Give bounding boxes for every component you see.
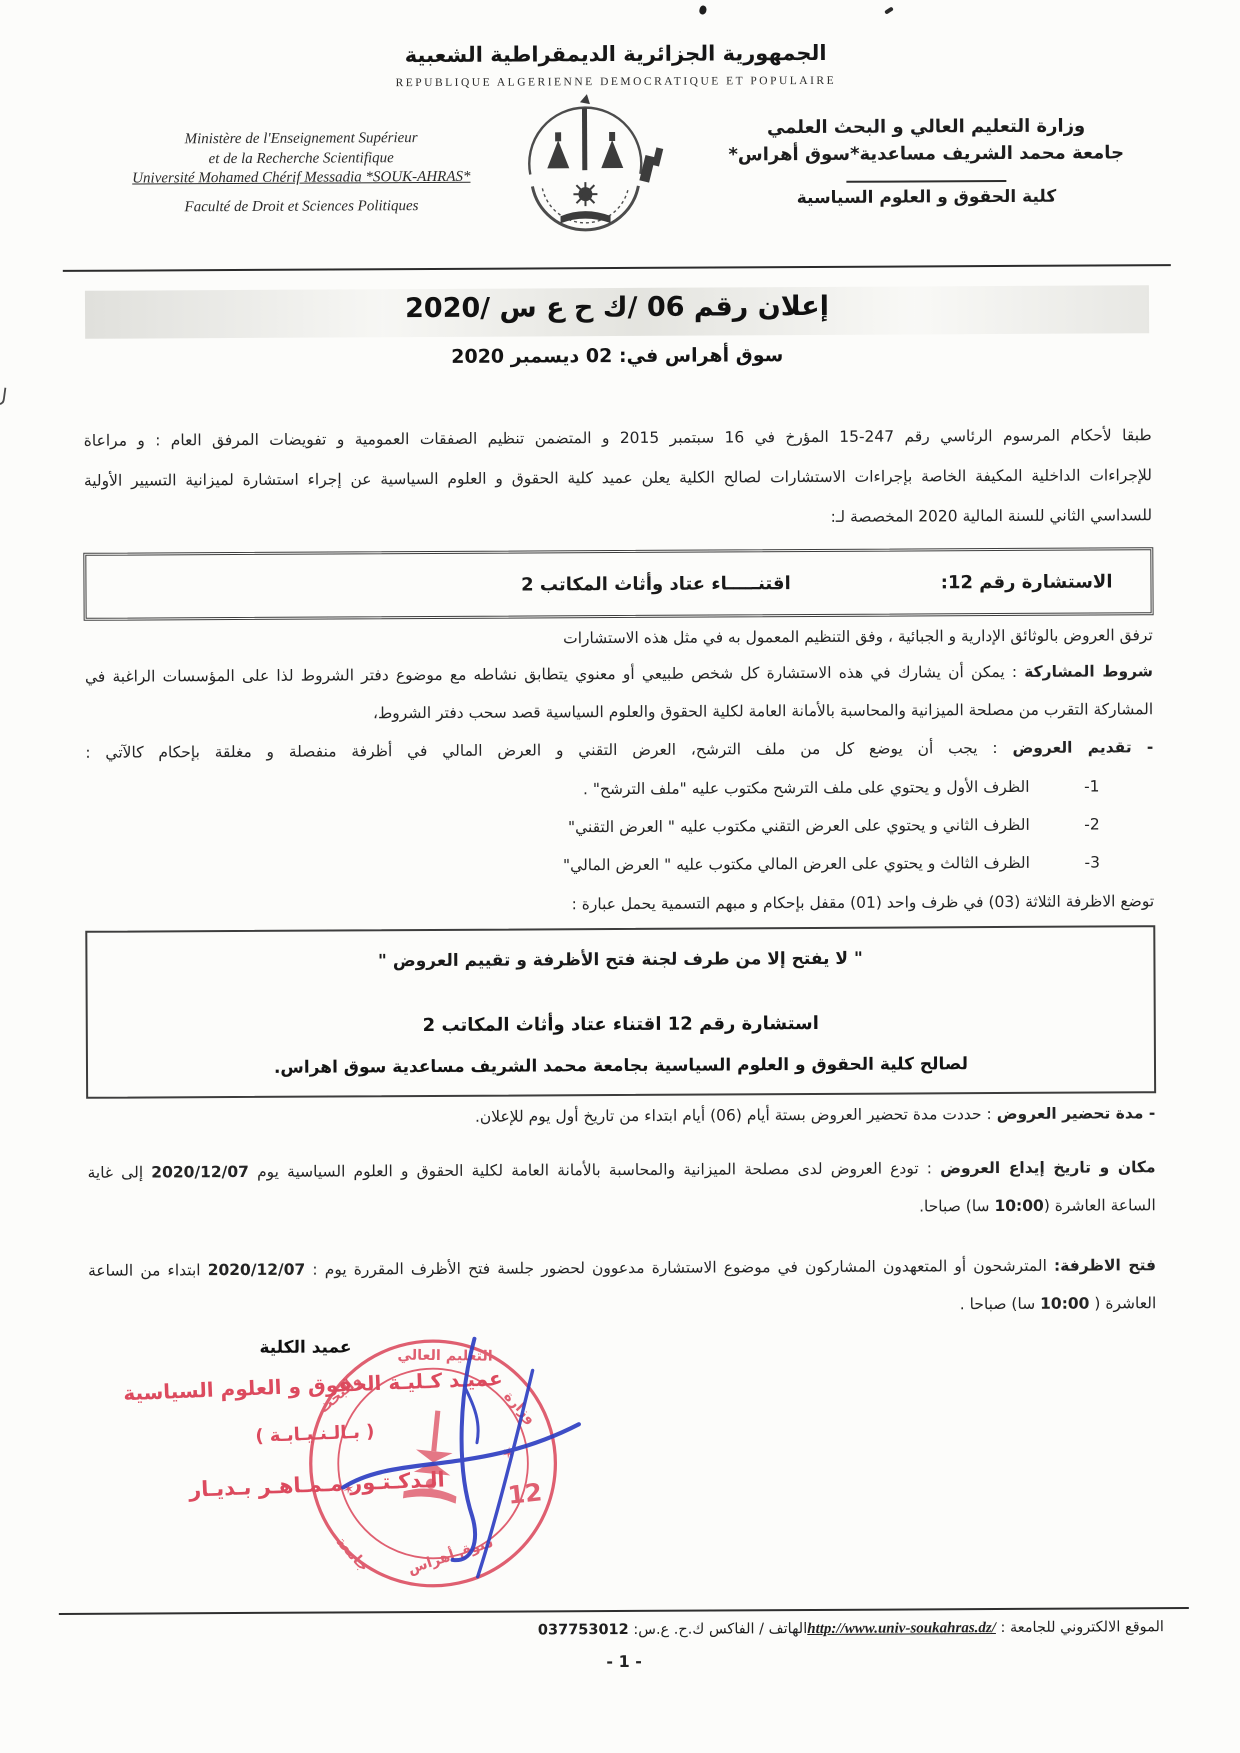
intro-line-3: للسداسي الثاني للسنة المالية 2020 المخصص… [84,505,1152,532]
ministry-block-arabic: وزارة التعليم العالي و البحث العلمي جامع… [686,115,1166,209]
warning-consultation-line: استشارة رقم 12 اقتناء عتاد وأثاث المكاتب… [88,1011,1154,1038]
republic-title-arabic: الجمهورية الجزائرية الديمقراطية الشعبية [0,39,1236,69]
warning-beneficiary-line: لصالح كلية الحقوق و العلوم السياسية بجام… [88,1053,1154,1079]
scan-edge-mark: ل [0,382,9,408]
ministry-line: et de la Recherche Scientifique [91,148,511,170]
consultation-number: الاستشارة رقم 12: [941,571,1113,593]
warning-line: " لا يفتح إلا من طرف لجنة فتح الأظرفة و … [87,947,1153,973]
footer-rule [59,1607,1189,1615]
scan-speck [698,5,707,16]
list-item-number: 3- [1076,853,1100,871]
deposit-time-post: سا) صباحا. [919,1197,994,1215]
list-item: 3- الظرف الثالث و يحتوي على العرض المالي… [86,853,1100,876]
participation-conditions-line-1: شروط المشاركة : يمكن أن يشارك في هذه الا… [85,661,1153,688]
opening-line-1: فتح الاظرفة: المترشحون أو المتعهدون المش… [88,1255,1156,1282]
participation-conditions-line-2: المشاركة التقرب من مصلحة الميزانية والمح… [85,699,1153,726]
deposit-mid: : تودع العروض لدى مصلحة الميزانية والمحا… [249,1159,940,1181]
preparation-period-line: - مدة تحضير العروض : حددت مدة تحضير العر… [87,1103,1155,1130]
ministry-block-french: Ministère de l'Enseignement Supérieur et… [91,129,511,218]
offer-submission-line: - تقديم العروض : يجب أن يوضع كل من ملف ا… [85,737,1153,764]
list-item-number: 2- [1076,815,1100,833]
preparation-period-rest: : حددت مدة تحضير العروض بستة أيام (06) أ… [475,1105,997,1126]
university-line: Université Mohamed Chérif Messadia *SOUK… [91,168,511,190]
announcement-title: إعلان رقم 06 /ك ح ع س /2020 [0,289,1237,326]
footer-contact-line: الموقع الالكتروني للجامعة : http://www.u… [184,1619,1164,1641]
deposit-date: 2020/12/07 [151,1163,249,1182]
ministry-line: Ministère de l'Enseignement Supérieur [91,129,511,151]
website-label: الموقع الالكتروني للجامعة : [996,1619,1164,1636]
opening-tail: ابتداء من الساعة [88,1261,208,1280]
consultation-object: اقتنـــــاء عتاد وأثاث المكاتب 2 [521,573,791,595]
offer-submission-lead: - تقديم العروض [1012,738,1153,757]
opening-time: 10:00 [1040,1295,1089,1313]
announcement-date: سوق أهراس في: 02 ديسمبر 2020 [0,342,1237,370]
deposit-time-pre: الساعة العاشرة ( [1044,1196,1156,1215]
deposit-time: 10:00 [994,1197,1043,1215]
intro-line-2: للإجراءات الداخلية المكيفة الخاصة بإجراء… [84,465,1152,492]
opening-time-post: سا) صباحا . [960,1295,1040,1313]
republic-title-french: REPUBLIQUE ALGERIENNE DEMOCRATIQUE ET PO… [0,73,1236,91]
divider [846,180,1006,183]
opening-lead: فتح الاظرفة: [1054,1256,1156,1275]
deposit-line-2: الساعة العاشرة (10:00 سا) صباحا. [88,1195,1156,1222]
deposit-tail: إلى غاية [87,1163,151,1181]
opening-mid: المترشحون أو المتعهدون المشاركون في موضو… [305,1257,1054,1279]
opening-time-pre: العاشرة ( [1089,1294,1156,1312]
university-logo [502,90,668,249]
documents-line: ترفق العروض بالوثائق الإدارية و الجبائية… [85,625,1153,652]
warning-box: " لا يفتح إلا من طرف لجنة فتح الأظرفة و … [85,925,1156,1099]
header-rule [63,264,1171,272]
page-number: - 1 - [564,1652,684,1672]
phone-label: الهاتف / الفاكس ك.ح. ع.س: [629,1621,808,1638]
list-item-text: الظرف الأول و يحتوي على ملف الترشح مكتوب… [583,778,1030,798]
faculty-line: Faculté de Droit et Sciences Politiques [91,196,511,218]
faculty-line-ar: كلية الحقوق و العلوم السياسية [686,186,1166,209]
ministry-line-ar: وزارة التعليم العالي و البحث العلمي [686,115,1166,139]
handwritten-signature [324,1326,595,1587]
list-item-text: الظرف الثاني و يحتوي على العرض التقني مك… [568,816,1030,836]
envelope-note-line: توضع الاظرفة الثلاثة (03) في ظرف واحد (0… [86,891,1154,918]
deposit-line-1: مكان و تاريخ إيداع العروض : تودع العروض … [87,1157,1155,1184]
opening-line-2: العاشرة ( 10:00 سا) صباحا . [88,1293,1156,1320]
list-item-number: 1- [1075,777,1099,795]
website-url[interactable]: http://www.univ-soukahras.dz/ [807,1620,996,1637]
consultation-box: الاستشارة رقم 12: اقتنـــــاء عتاد وأثاث… [83,547,1153,621]
intro-line-1: طبقا لأحكام المرسوم الرئاسي رقم 247-15 ا… [84,425,1152,452]
scanned-announcement-page: ل الجمهورية الجزائرية الديمقراطية الشعبي… [0,0,1240,1753]
offer-submission-rest: : يجب أن يوضع كل من ملف الترشح، العرض ال… [85,739,1012,762]
preparation-period-lead: - مدة تحضير العروض [997,1104,1156,1123]
university-line-ar: جامعة محمد الشريف مساعدية*سوق أهراس* [686,142,1166,166]
list-item: 1- الظرف الأول و يحتوي على ملف الترشح مك… [86,777,1100,800]
participation-conditions-lead: شروط المشاركة [1024,662,1153,681]
phone-number: 037753012 [538,1622,629,1638]
list-item-text: الظرف الثالث و يحتوي على العرض المالي مك… [563,854,1030,874]
list-item: 2- الظرف الثاني و يحتوي على العرض التقني… [86,815,1100,838]
deposit-lead: مكان و تاريخ إيداع العروض [940,1158,1155,1177]
scan-speck [884,6,894,14]
participation-conditions-rest: : يمكن أن يشارك في هذه الاستشارة كل شخص … [85,663,1024,686]
opening-date: 2020/12/07 [208,1261,306,1280]
